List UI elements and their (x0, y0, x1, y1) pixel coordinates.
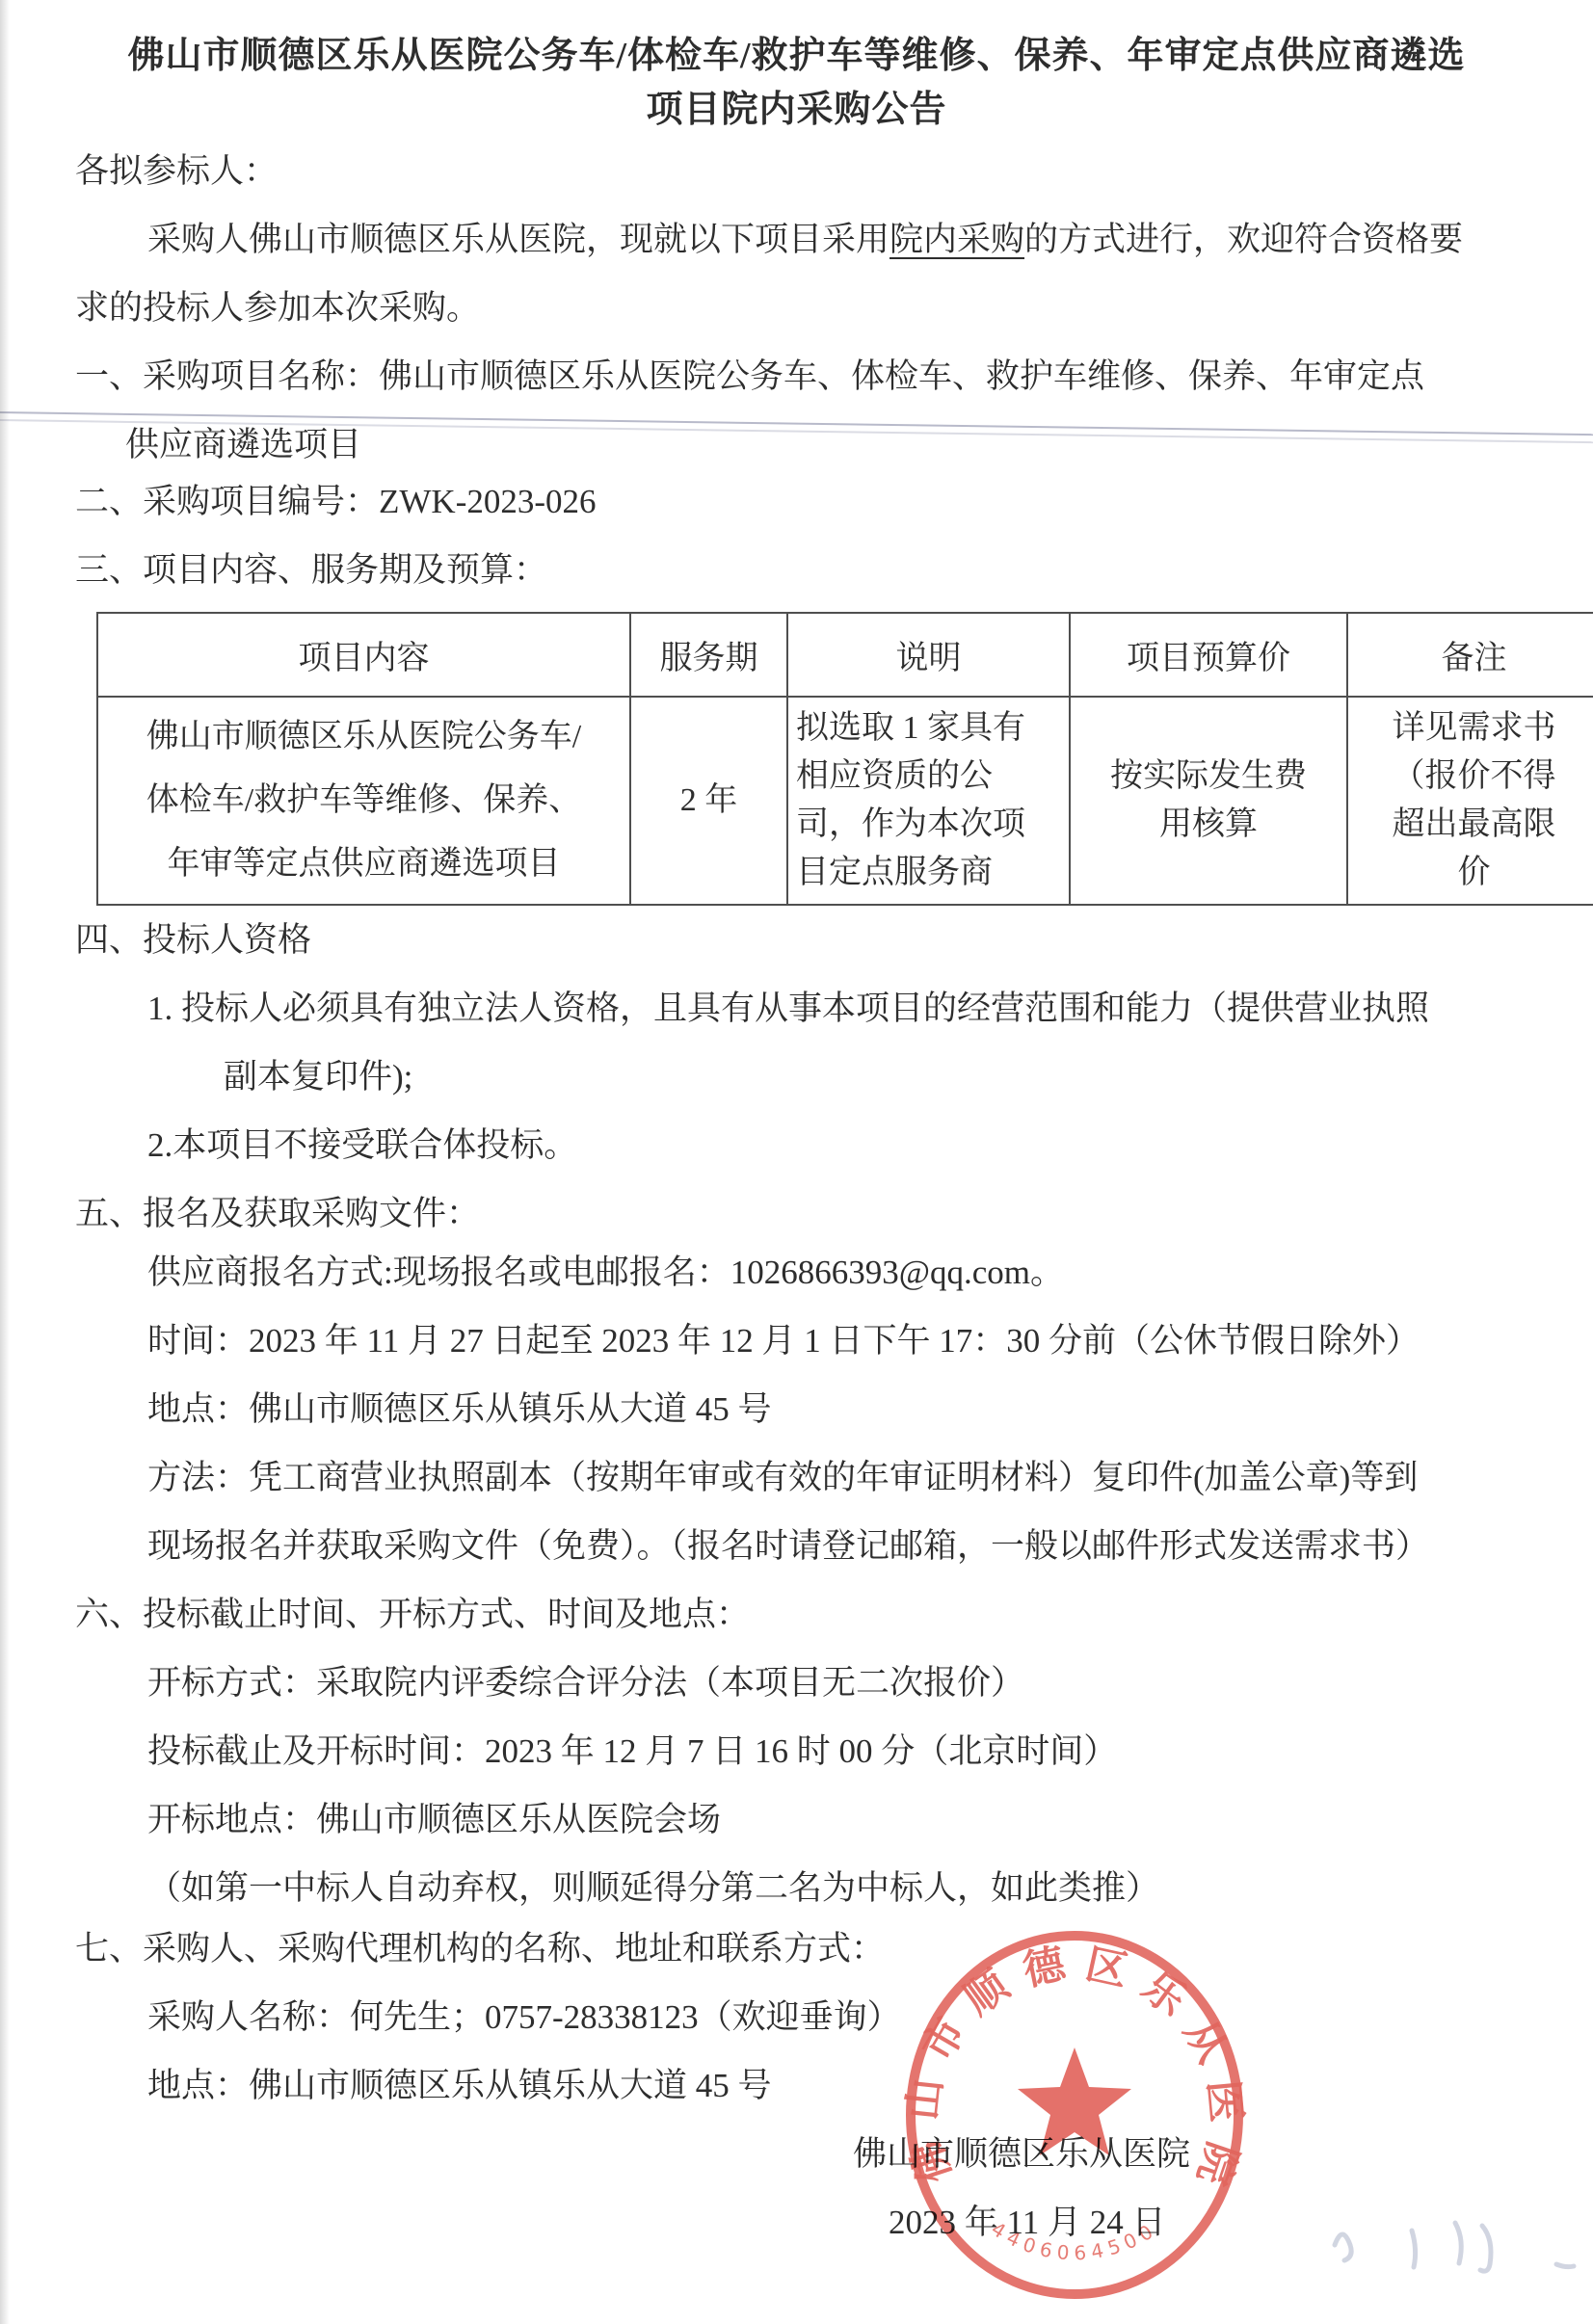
section-7-heading: 七、采购人、采购代理机构的名称、地址和联系方式： (0, 1915, 1593, 1983)
signature-date: 2023 年 11 月 24 日 (0, 2188, 1593, 2257)
section-6-open-place: 开标地点：佛山市顺德区乐从医院会场 (0, 1785, 1593, 1854)
title-line-1: 佛山市顺德区乐从医院公务车/体检车/救护车等维修、保养、年审定点供应商遴选 (0, 29, 1593, 83)
seal-serial-number: 4406064500 (987, 2217, 1161, 2264)
section-1-project-name: 一、采购项目名称：佛山市顺德区乐从医院公务车、体检车、救护车维修、保养、年审定点… (0, 342, 1593, 479)
header-budget-price: 项目预算价 (1070, 613, 1347, 697)
cell-budget-price: 按实际发生费 用核算 (1070, 697, 1347, 905)
header-service-period: 服务期 (630, 613, 787, 697)
document-title: 佛山市顺德区乐从医院公务车/体检车/救护车等维修、保养、年审定点供应商遴选 项目… (0, 0, 1593, 137)
cell-service-period: 2 年 (630, 697, 787, 905)
section-6-open-method: 开标方式：采取院内评委综合评分法（本项目无二次报价） (0, 1649, 1593, 1717)
header-description: 说明 (787, 613, 1070, 697)
section-5-registration: 供应商报名方式:现场报名或电邮报名：1026866393@qq.com。 (0, 1238, 1593, 1307)
cell-remark: 详见需求书 （报价不得 超出最高限 价 (1347, 697, 1593, 905)
signature-org: 佛山市顺德区乐从医院 (0, 2120, 1593, 2188)
title-line-2: 项目院内采购公告 (0, 83, 1593, 137)
intro-text-a: 采购人佛山市顺德区乐从医院，现就以下项目采用 (147, 221, 889, 258)
section-6-deadline: 投标截止及开标时间：2023 年 12 月 7 日 16 时 00 分（北京时间… (0, 1717, 1593, 1785)
intro-text-b: 的方式进行，欢迎符合资格要 (1024, 221, 1463, 258)
intro-paragraph: 采购人佛山市顺德区乐从医院，现就以下项目采用院内采购的方式进行，欢迎符合资格要求… (0, 205, 1593, 342)
section-6-heading: 六、投标截止时间、开标方式、时间及地点： (0, 1580, 1593, 1649)
section-2-project-number: 二、采购项目编号：ZWK-2023-026 (0, 467, 1593, 536)
procurement-announcement-page: 佛山市顺德区乐从医院公务车/体检车/救护车等维修、保养、年审定点供应商遴选 项目… (0, 0, 1593, 2324)
section-5-time: 时间：2023 年 11 月 27 日起至 2023 年 12 月 1 日下午 … (0, 1307, 1593, 1375)
section-4-item-1: 1. 投标人必须具有独立法人资格，且具有从事本项目的经营范围和能力（提供营业执照… (0, 974, 1593, 1111)
intro-underlined-term: 院内采购 (889, 221, 1024, 258)
table-header-row: 项目内容 服务期 说明 项目预算价 备注 (97, 613, 1593, 697)
header-remark: 备注 (1347, 613, 1593, 697)
svg-text:4406064500: 4406064500 (987, 2217, 1161, 2264)
section-4-heading: 四、投标人资格 (0, 906, 1593, 974)
scan-edge-shadow (0, 0, 10, 2324)
section-6-note: （如第一中标人自动弃权，则顺延得分第二名为中标人，如此类推） (0, 1854, 1593, 1922)
project-spec-table: 项目内容 服务期 说明 项目预算价 备注 佛山市顺德区乐从医院公务车/ 体检车/… (96, 612, 1593, 906)
header-project-content: 项目内容 (97, 613, 630, 697)
section-4-item-2: 2.本项目不接受联合体投标。 (0, 1111, 1593, 1179)
salutation: 各拟参标人： (0, 137, 1593, 205)
section-5-method: 方法：凭工商营业执照副本（按期年审或有效的年审证明材料）复印件(加盖公章)等到 … (0, 1443, 1593, 1580)
official-red-seal: 佛山市顺德区乐从医院 4406064500 (891, 1922, 1258, 2308)
section-5-place: 地点：佛山市顺德区乐从镇乐从大道 45 号 (0, 1375, 1593, 1443)
table-row: 佛山市顺德区乐从医院公务车/ 体检车/救护车等维修、保养、 年审等定点供应商遴选… (97, 697, 1593, 905)
section-7-address: 地点：佛山市顺德区乐从镇乐从大道 45 号 (0, 2051, 1593, 2120)
intro-text-c: 求的投标人参加本次采购。 (75, 289, 480, 327)
cell-project-content: 佛山市顺德区乐从医院公务车/ 体检车/救护车等维修、保养、 年审等定点供应商遴选… (97, 697, 630, 905)
cell-description: 拟选取 1 家具有 相应资质的公 司，作为本次项 目定点服务商 (787, 697, 1070, 905)
section-7-buyer: 采购人名称：何先生；0757-28338123（欢迎垂询） (0, 1983, 1593, 2051)
section-3-heading: 三、项目内容、服务期及预算： (0, 536, 1593, 604)
seal-star-icon (1018, 2047, 1131, 2155)
